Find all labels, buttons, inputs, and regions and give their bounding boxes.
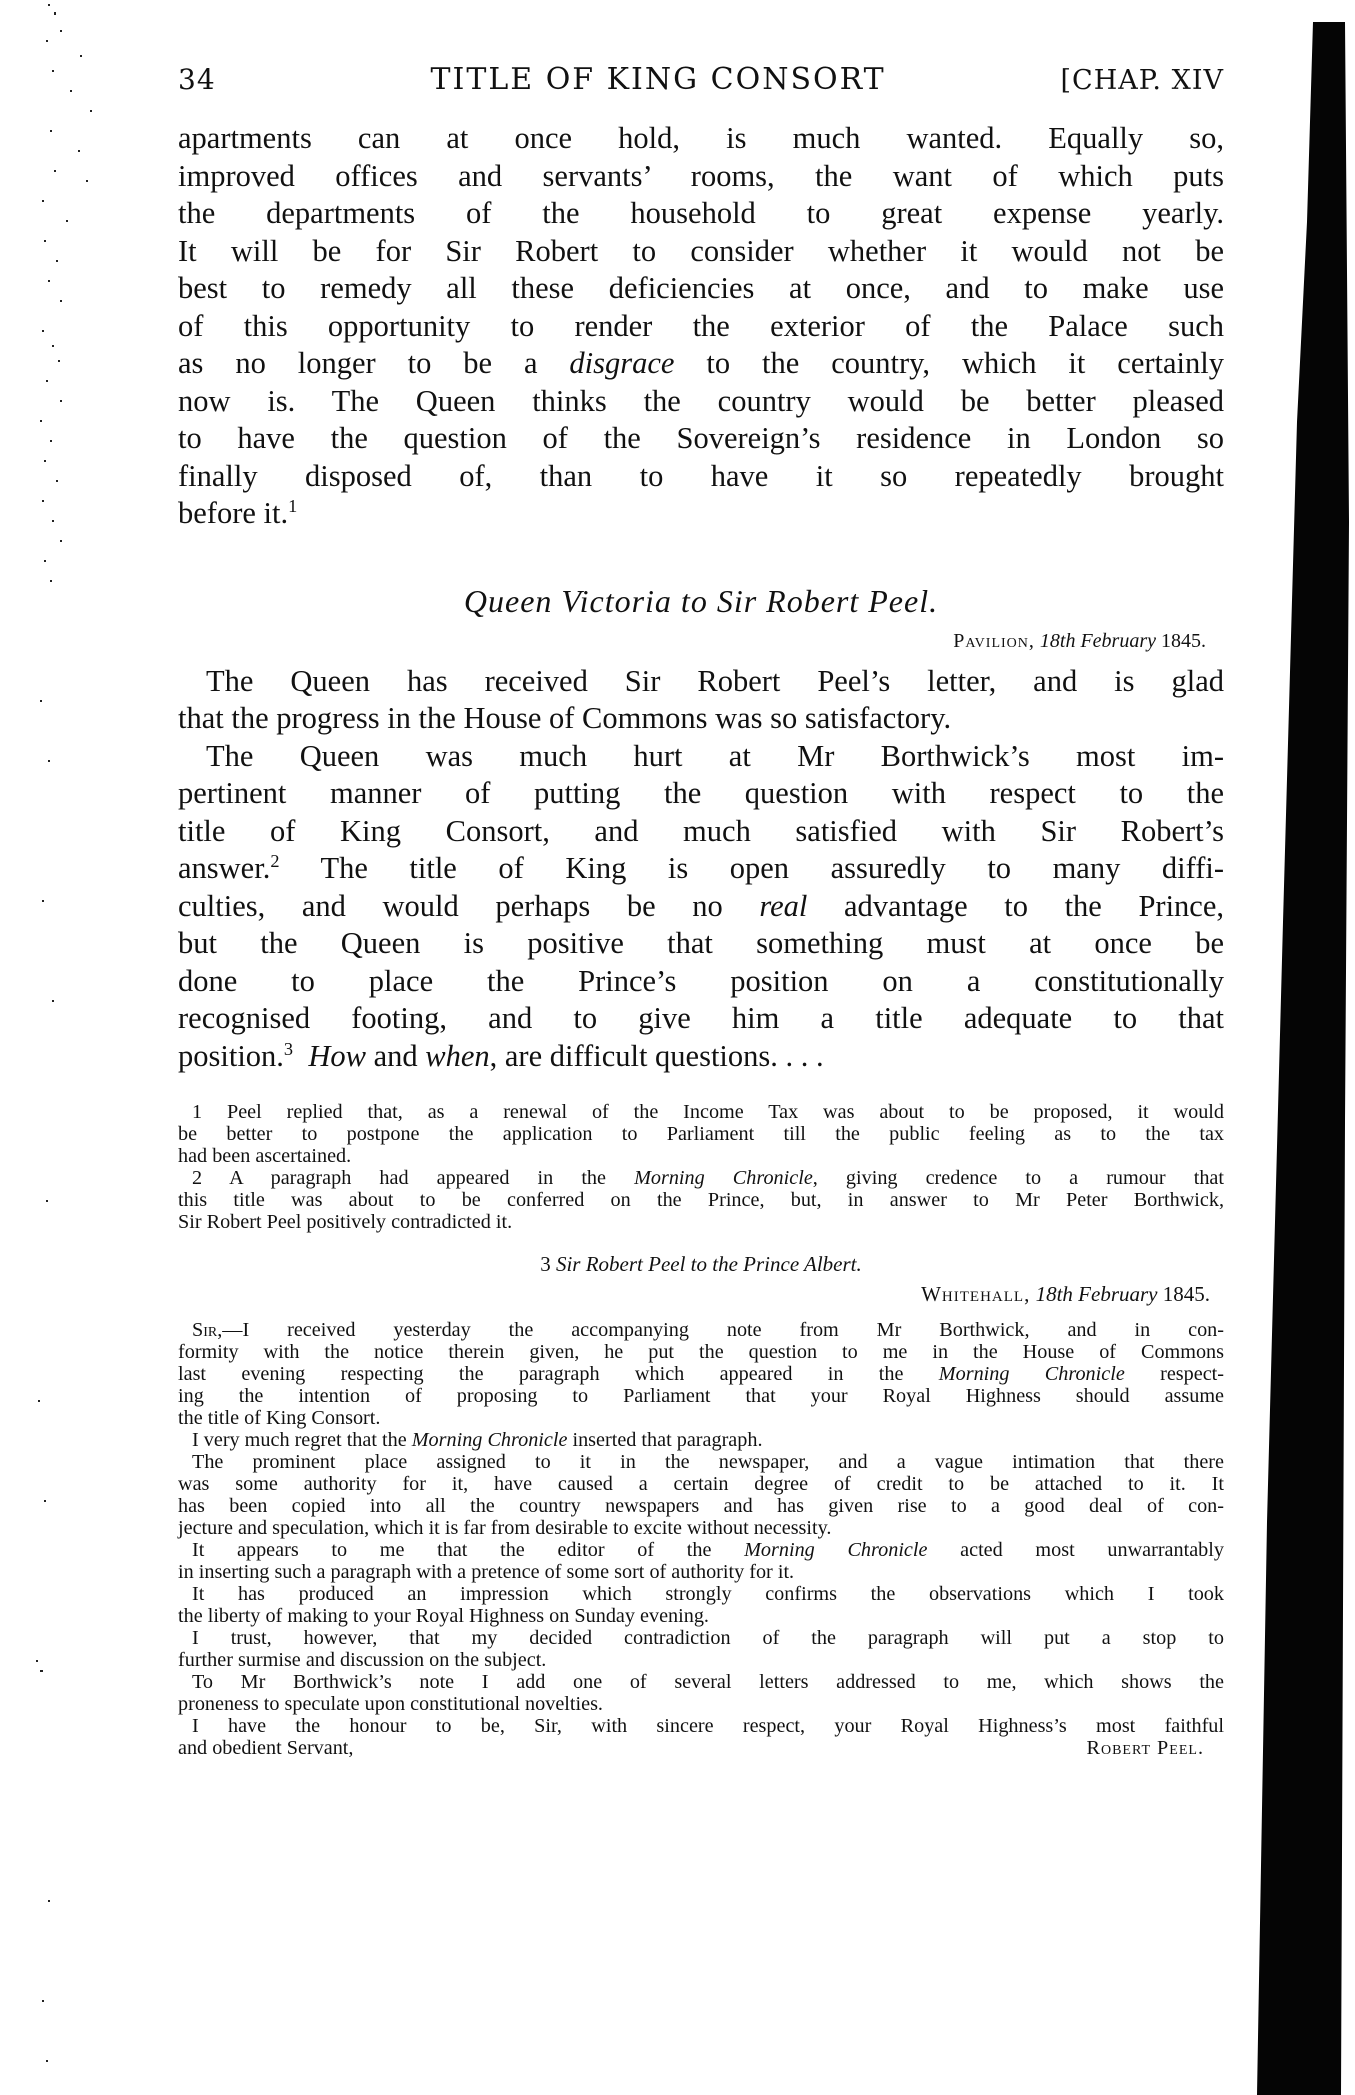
text-run: as no longer to be a <box>178 346 569 380</box>
footnote-ref-1: 1 <box>288 496 297 516</box>
footnote-line: the title of King Consort. <box>178 1407 1224 1429</box>
text-run: Peel replied that, as a renewal of the I… <box>227 1101 1224 1123</box>
text-run: The title of King is open assuredly to m… <box>279 851 1224 885</box>
text-run: last evening respecting the paragraph wh… <box>178 1363 939 1385</box>
footnote-line: be better to postpone the application to… <box>178 1123 1224 1145</box>
text-line: finally disposed of, than to have it so … <box>178 458 1224 496</box>
text-line: title of King Consort, and much satisfie… <box>178 813 1224 851</box>
text-run: before it. <box>178 496 288 530</box>
text-run: respect- <box>1125 1363 1224 1385</box>
footnote-number: 2 <box>192 1167 202 1189</box>
text-line: as no longer to be a disgrace to the cou… <box>178 345 1224 383</box>
footnote-ref-3: 3 <box>284 1038 293 1058</box>
text-run: acted most unwarrantably <box>927 1539 1224 1561</box>
emphasis: Morning Chronicle <box>939 1363 1125 1385</box>
footnotes: 1 Peel replied that, as a renewal of the… <box>178 1101 1224 1759</box>
text-run: , are difficult questions. . . . <box>490 1039 824 1073</box>
dateline-year: 1845. <box>1163 1282 1210 1306</box>
emphasis: How <box>308 1039 366 1073</box>
footnote-line: I trust, however, that my decided contra… <box>178 1627 1224 1649</box>
text-run: culties, and would perhaps be no <box>178 889 759 923</box>
text-line: now is. The Queen thinks the country wou… <box>178 383 1224 421</box>
text-line: done to place the Prince’s position on a… <box>178 963 1224 1001</box>
running-head: 34 TITLE OF KING CONSORT [CHAP. XIV <box>178 62 1224 102</box>
emphasis: Morning Chronicle <box>412 1429 568 1451</box>
salutation: Sir, <box>192 1319 222 1341</box>
letter-paragraph-1: The Queen has received Sir Robert Peel’s… <box>178 663 1224 738</box>
signature: Robert Peel. <box>1087 1737 1205 1759</box>
text-line: It will be for Sir Robert to consider wh… <box>178 233 1224 271</box>
text-run: It appears to me that the editor of the <box>192 1539 744 1561</box>
letter-paragraph-2: The Queen was much hurt at Mr Borthwick’… <box>178 738 1224 1076</box>
footnote-line: further surmise and discussion on the su… <box>178 1649 1224 1671</box>
emphasis: disgrace <box>569 346 674 380</box>
footnote-line: had been ascertained. <box>178 1145 1224 1167</box>
footnote-line: was some authority for it, have caused a… <box>178 1473 1224 1495</box>
emphasis: when <box>425 1039 489 1073</box>
footnote-line: To Mr Borthwick’s note I add one of seve… <box>178 1671 1224 1693</box>
footnote-line: formity with the notice therein given, h… <box>178 1341 1224 1363</box>
letter-heading: Queen Victoria to Sir Robert Peel. <box>178 583 1224 620</box>
footnote-line: 1 Peel replied that, as a renewal of the… <box>178 1101 1224 1123</box>
footnote-line: the liberty of making to your Royal High… <box>178 1605 1224 1627</box>
dateline-month: February <box>1080 630 1156 652</box>
footnote-3-heading: 3 Sir Robert Peel to the Prince Albert. <box>178 1253 1224 1275</box>
text-run: A paragraph had appeared in the <box>229 1167 634 1189</box>
footnote-line: last evening respecting the paragraph wh… <box>178 1363 1224 1385</box>
dateline-month: February <box>1078 1282 1157 1306</box>
text-run: inserted that paragraph. <box>567 1429 762 1451</box>
chapter-label: [CHAP. XIV <box>1061 65 1224 96</box>
text-line: answer.2 The title of King is open assur… <box>178 850 1224 888</box>
dateline-day: 18th <box>1036 1282 1073 1306</box>
footnote-3: 3 Sir Robert Peel to the Prince Albert. … <box>178 1253 1224 1759</box>
text-line: but the Queen is positive that something… <box>178 925 1224 963</box>
text-line: The Queen was much hurt at Mr Borthwick’… <box>178 738 1224 776</box>
closing-text: and obedient Servant, <box>178 1737 353 1759</box>
scan-spine-shadow <box>1245 22 1355 2095</box>
footnote-line: ing the intention of proposing to Parlia… <box>178 1385 1224 1407</box>
text-line: best to remedy all these deficiencies at… <box>178 270 1224 308</box>
dateline-place: Whitehall, <box>921 1282 1030 1306</box>
footnote-line: proneness to speculate upon constitution… <box>178 1693 1224 1715</box>
book-page: 34 TITLE OF KING CONSORT [CHAP. XIV apar… <box>178 62 1224 1759</box>
footnote-line: has been copied into all the country new… <box>178 1495 1224 1517</box>
footnote-1: 1 Peel replied that, as a renewal of the… <box>178 1101 1224 1167</box>
text-line: to have the question of the Sovereign’s … <box>178 420 1224 458</box>
text-run: advantage to the Prince, <box>807 889 1224 923</box>
running-title: TITLE OF KING CONSORT <box>430 62 885 97</box>
footnote-3-dateline: Whitehall, 18th February 1845. <box>178 1283 1210 1305</box>
text-line: improved offices and servants’ rooms, th… <box>178 158 1224 196</box>
text-run: and <box>366 1039 425 1073</box>
closing-line: and obedient Servant, Robert Peel. <box>178 1737 1224 1759</box>
footnote-heading-text: Sir Robert Peel to the Prince Albert. <box>556 1252 862 1276</box>
text-line: before it.1 <box>178 495 1224 533</box>
page-number: 34 <box>178 63 216 96</box>
continuation-paragraph: apartments can at once hold, is much wan… <box>178 120 1224 533</box>
scan-noise-left-margin <box>30 0 140 2095</box>
text-run: to the country, which it certainly <box>674 346 1224 380</box>
text-run: answer. <box>178 851 270 885</box>
emphasis: Morning Chronicle <box>744 1539 927 1561</box>
emphasis: Morning Chronicle <box>634 1167 813 1189</box>
footnote-line: It has produced an impression which stro… <box>178 1583 1224 1605</box>
text-line: position.3 How and when, are difficult q… <box>178 1038 1224 1076</box>
dateline-year: 1845. <box>1161 630 1206 652</box>
text-line: that the progress in the House of Common… <box>178 700 1224 738</box>
footnote-line: The prominent place assigned to it in th… <box>178 1451 1224 1473</box>
footnote-line: Sir,—I received yesterday the accompanyi… <box>178 1319 1224 1341</box>
footnote-line: I have the honour to be, Sir, with since… <box>178 1715 1224 1737</box>
footnote-number: 1 <box>192 1101 202 1123</box>
text-line: of this opportunity to render the exteri… <box>178 308 1224 346</box>
dateline-place: Pavilion, <box>953 630 1035 652</box>
footnote-line: jecture and speculation, which it is far… <box>178 1517 1224 1539</box>
footnote-line: Sir Robert Peel positively contradicted … <box>178 1211 1224 1233</box>
text-line: The Queen has received Sir Robert Peel’s… <box>178 663 1224 701</box>
dateline-day: 18th <box>1040 630 1076 652</box>
text-line: pertinent manner of putting the question… <box>178 775 1224 813</box>
text-line: recognised footing, and to give him a ti… <box>178 1000 1224 1038</box>
text-line: apartments can at once hold, is much wan… <box>178 120 1224 158</box>
footnote-number: 3 <box>540 1252 551 1276</box>
footnote-line: in inserting such a paragraph with a pre… <box>178 1561 1224 1583</box>
footnote-line: I very much regret that the Morning Chro… <box>178 1429 1224 1451</box>
text-run: I very much regret that the <box>192 1429 412 1451</box>
text-run: , giving credence to a rumour that <box>813 1167 1224 1189</box>
footnote-line: 2 A paragraph had appeared in the Mornin… <box>178 1167 1224 1189</box>
letter-dateline: Pavilion, 18th February 1845. <box>178 630 1206 653</box>
text-run: position. <box>178 1039 284 1073</box>
text-line: culties, and would perhaps be no real ad… <box>178 888 1224 926</box>
emphasis: real <box>759 889 807 923</box>
footnote-line: It appears to me that the editor of the … <box>178 1539 1224 1561</box>
text-run: —I received yesterday the accompanying n… <box>222 1319 1224 1341</box>
text-line: the departments of the household to grea… <box>178 195 1224 233</box>
footnote-2: 2 A paragraph had appeared in the Mornin… <box>178 1167 1224 1233</box>
footnote-line: this title was about to be conferred on … <box>178 1189 1224 1211</box>
